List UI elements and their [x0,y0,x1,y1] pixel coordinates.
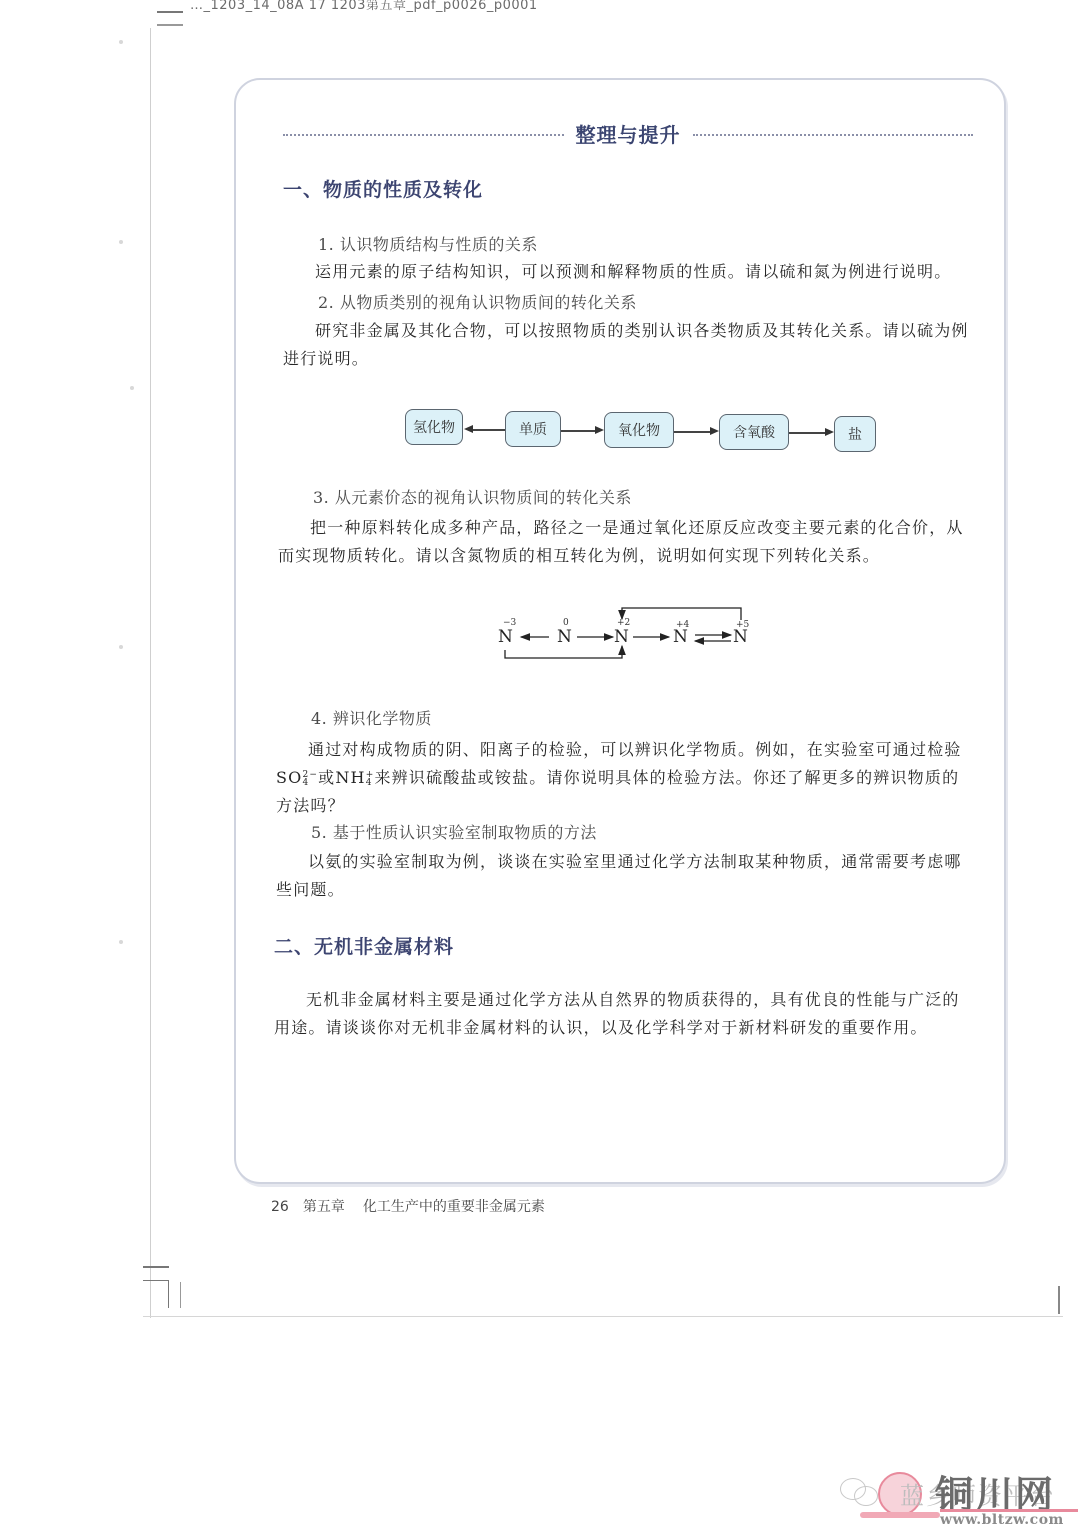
body-text: 通过对构成物质的阴、阳离子的检验，可以辨识化学物质。例如，在实验室可通过检验 [308,740,962,759]
nitrogen-symbol: N [557,627,572,647]
arrow-head-right [825,428,834,436]
banner-title: 整理与提升 [564,119,693,148]
item-title-1: 1. 认识物质结构与性质的关系 [318,232,538,255]
nitrogen-symbol: N [673,627,688,647]
item-title-4: 4. 辨识化学物质 [311,706,432,729]
item-body-5: 以氨的实验室制取为例，谈谈在实验室里通过化学方法制取某种物质，通常需要考虑哪些问… [276,848,971,904]
section-heading-1: 一、物质的性质及转化 [283,175,483,202]
arrow-line [561,430,597,432]
nitrogen-symbol: N [498,627,513,647]
item-title-3: 3. 从元素价态的视角认识物质间的转化关系 [313,485,632,508]
binding-hole-mark [119,940,123,944]
flow-node-salt: 盐 [834,416,876,452]
scan-file-header: …_1203_14_08A 17 1203第五章_pdf_p0026_p0001 [190,0,538,13]
dotted-rule [283,134,564,136]
crop-mark [168,1280,169,1308]
flow-node-oxide: 氧化物 [604,412,674,448]
crop-mark [1058,1286,1060,1314]
binding-hole-mark [119,240,123,244]
flow-node-oxyacid: 含氧酸 [719,414,789,450]
nitrogen-symbol: N [733,627,748,647]
item-title-5: 5. 基于性质认识实验室制取物质的方法 [311,820,597,843]
watermark-url: www.bltzw.com [940,1512,1064,1528]
item-title-2: 2. 从物质类别的视角认识物质间的转化关系 [318,290,637,313]
site-watermark: 蓝乡师资平台 铜川网 www.bltzw.com [840,1468,1080,1531]
wave-decoration [860,1512,940,1518]
arrow-head-left [464,425,473,433]
sulfate-ion: SO2−4 [276,768,318,787]
arrow-line [674,431,712,433]
crop-mark [157,11,183,13]
binding-hole-mark [119,40,123,44]
flow-node-element: 单质 [505,411,561,447]
arrow-head-right [595,426,604,434]
section2-body: 无机非金属材料主要是通过化学方法从自然界的物质获得的，具有优良的性能与广泛的用途… [274,986,969,1042]
binding-hole-mark [119,645,123,649]
crop-mark [180,1282,181,1308]
page-number: 26 [271,1199,289,1215]
section-heading-2: 二、无机非金属材料 [274,932,454,959]
crop-mark [143,1266,169,1268]
item-body-1: 运用元素的原子结构知识，可以预测和解释物质的性质。请以硫和氮为例进行说明。 [283,258,983,286]
crop-mark [143,1280,169,1281]
dotted-rule [693,134,974,136]
section-banner: 整理与提升 [283,118,973,148]
arrow-line [472,429,505,431]
ammonium-ion: NH+4 [335,768,374,787]
page-edge-left [150,28,151,1318]
page-edge-bottom [143,1316,1063,1317]
page-footer: 26第五章化工生产中的重要非金属元素 [271,1196,545,1216]
item-body-2: 研究非金属及其化合物，可以按照物质的类别认识各类物质及其转化关系。请以硫为例进行… [283,317,973,373]
chat-bubble-icon [854,1486,878,1506]
crop-mark [157,24,183,26]
chapter-label: 第五章 [303,1199,345,1215]
binding-hole-mark [130,386,134,390]
flow-node-hydride: 氢化物 [405,409,463,445]
item-body-4: 通过对构成物质的阴、阳离子的检验，可以辨识化学物质。例如，在实验室可通过检验SO… [276,736,971,820]
arrow-line [789,432,827,434]
nitrogen-symbol: N [614,627,629,647]
chapter-title: 化工生产中的重要非金属元素 [363,1199,545,1215]
arrow-head-right [710,427,719,435]
item-body-3: 把一种原料转化成多种产品，路径之一是通过氧化还原反应改变主要元素的化合价，从而实… [278,514,978,570]
